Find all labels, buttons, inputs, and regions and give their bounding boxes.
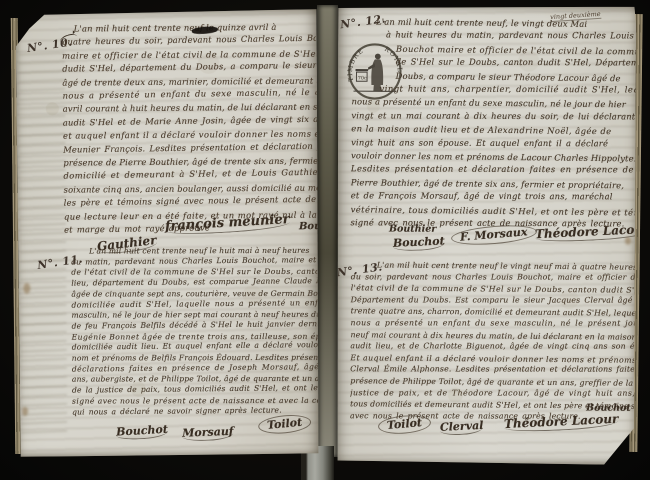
signature-bouchot: Bouchot [116, 423, 169, 441]
handwritten-line: quatre heures du soir, pardevant nous Ch… [62, 32, 316, 49]
handwritten-line: et de François Morsauf, âgé de vingt tro… [351, 190, 635, 205]
handwritten-line: de S'Hel sur le Doubs, canton dudit S'He… [352, 56, 636, 71]
signature-bouchot: Bouchot [393, 234, 445, 251]
handwritten-line: audit lieu, et de Charlotte Biguenot, âg… [350, 340, 636, 352]
entry-11-text: L'an mil huit cent trente neuf le huit m… [71, 245, 318, 418]
handwritten-line: vingt et un mai courant à dix heures du … [351, 109, 635, 124]
foxing-spot [625, 237, 631, 245]
register-page-right: N°. 12. vingt deuxième TIMBRE ROYAL 70c … [336, 5, 636, 465]
signature-morsauf: Morsauf [182, 425, 234, 442]
signature-bouchot: Bouchot [586, 403, 631, 414]
handwritten-line: les père et témoins signé avec nous le p… [64, 193, 318, 210]
handwritten-line: dudit S'Hel, département du Doubs, a com… [62, 59, 316, 76]
book-binding-gutter [317, 5, 338, 457]
entry-12-text: L'an mil huit cent trente neuf, le vingt… [350, 15, 636, 232]
handwritten-line: à huit heures du matin, pardevant nous C… [352, 29, 636, 44]
foxing-spot [22, 407, 28, 416]
handwritten-line: de feu François Belfils décédé à S'Hel l… [72, 319, 318, 332]
signature-bouthier: Bouthier [389, 223, 436, 234]
handwritten-line: de la justice de paix, tous domiciliés a… [72, 383, 318, 396]
handwritten-line: domiciliée audit lieu. Et auquel enfant … [72, 340, 318, 353]
handwritten-line: domiciliée audit S'Hel, laquelle nous a … [71, 298, 317, 311]
signature-bouchot-clipped: Bouchot [299, 221, 319, 232]
handwritten-line: Clerval Émile Alphonse. Lesdites présent… [350, 364, 636, 376]
foxing-spot [23, 283, 30, 294]
handwritten-line: justice de paix, et de Théodore Lacour, … [350, 387, 636, 399]
bleedthrough-ghost-text [19, 52, 67, 440]
handwritten-line: lieu, département du Doubs, est comparue… [71, 276, 317, 289]
scanned-register-spread: N°. 10. L'an mil huit cent trente neuf l… [0, 0, 650, 480]
entry-13-text: L'an mil huit cent trente neuf le vingt … [350, 259, 636, 423]
handwritten-line: nous a présenté un enfant du sexe mascul… [351, 317, 637, 329]
handwritten-line: Lesdites présentation et déclaration fai… [351, 163, 635, 178]
handwritten-line: Département du Doubs. Est comparu le sie… [351, 294, 637, 306]
handwritten-line: vingt huit ans son épouse. Et auquel enf… [351, 136, 635, 151]
handwritten-line: du soir, pardevant nous Charles Louis Bo… [351, 271, 636, 283]
register-page-left: N°. 10. L'an mil huit cent trente neuf l… [16, 9, 320, 457]
handwritten-line: vingt huit ans, charpentier, domicilié a… [352, 82, 636, 97]
entry-10-text: L'an mil huit cent trente neuf le quinze… [62, 20, 318, 237]
signature-clerval: Clerval [440, 419, 484, 436]
